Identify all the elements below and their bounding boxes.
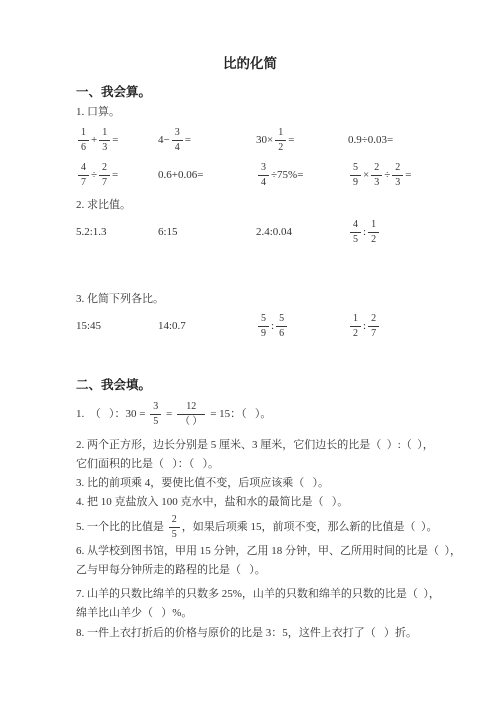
math-text: = 15：（ ）。 [207, 405, 271, 424]
ratio-expression: 12:27 [348, 313, 500, 339]
fraction: 34 [258, 162, 269, 188]
math-expression: 0.9÷0.03= [348, 134, 500, 146]
fraction: 27 [99, 162, 110, 188]
ratio-expression: 6:15 [158, 226, 256, 238]
math-text: ÷ [384, 169, 390, 181]
ratio-expression: 2.4:0.04 [256, 226, 348, 238]
page-title: 比的化简 [0, 0, 500, 72]
math-text: 5.2:1.3 [76, 226, 107, 238]
math-expression: 0.6+0.06= [158, 169, 256, 181]
fraction-denominator: 6 [78, 141, 89, 153]
fill-item-3: 3. 比的前项乘 4，要使比值不变，后项应该乘（ ）。 [0, 474, 490, 493]
math-text: ÷75%= [271, 169, 303, 181]
fraction: 59 [258, 313, 269, 339]
fraction-denominator: 3 [392, 176, 403, 188]
math-text: + [91, 134, 97, 146]
math-text: 5. 一个比的比值是 [76, 518, 167, 537]
math-text: = [112, 134, 118, 146]
fraction-numerator: 1 [78, 127, 89, 141]
oral-calc-row-2: 47÷27= 0.6+0.06= 34÷75%= 59×23÷23= [0, 157, 500, 192]
math-text: = [163, 405, 175, 424]
fraction: 16 [78, 127, 89, 153]
fraction-numerator: 3 [258, 162, 269, 176]
fraction-denominator: 5 [350, 233, 361, 245]
fraction: 12 [368, 219, 379, 245]
fraction-numerator: 2 [392, 162, 403, 176]
fraction: 45 [350, 219, 361, 245]
ratio-expression: 14:0.7 [158, 320, 256, 332]
fraction: 25 [169, 514, 180, 540]
fraction-numerator: 1 [99, 127, 110, 141]
fill-item-6-cont: 乙与甲每分钟所走的路程的比是（ ）。 [0, 561, 490, 580]
fraction: 23 [371, 162, 382, 188]
math-text: 0.6+0.06= [158, 169, 203, 181]
fraction: 35 [150, 401, 161, 427]
math-expression: 59×23÷23= [348, 162, 500, 188]
math-text: = [112, 169, 118, 181]
fraction: 23 [392, 162, 403, 188]
fraction-denominator: 4 [172, 141, 183, 153]
fill-item-8: 8. 一件上衣打折后的价格与原价的比是 3：5，这件上衣打了（ ）折。 [0, 624, 490, 643]
math-text: × [363, 169, 369, 181]
math-expression: 47÷27= [76, 162, 158, 188]
fraction-numerator: 2 [99, 162, 110, 176]
fraction-numerator: 5 [276, 313, 287, 327]
fraction-denominator: 7 [78, 176, 89, 188]
ratio-expression: 15:45 [76, 320, 158, 332]
section1-sub-ratio-value: 2. 求比值。 [0, 198, 500, 212]
fraction: 12 [275, 127, 286, 153]
math-text: 1. （ ）：30 = [76, 405, 148, 424]
math-expression: 30×12= [256, 127, 348, 153]
math-text: 15:45 [76, 320, 101, 332]
fraction: 27 [368, 313, 379, 339]
math-text: 4. 把 10 克盐放入 100 克水中，盐和水的最简比是（ ）。 [76, 496, 348, 508]
fill-item-2-cont: 它们面积的比是（ ）：（ ）。 [0, 455, 490, 474]
math-text: 4− [158, 134, 170, 146]
fraction-numerator: 3 [150, 401, 161, 415]
fraction-denominator: 6 [276, 327, 287, 339]
fraction: 59 [350, 162, 361, 188]
fill-item-7: 7. 山羊的只数比绵羊的只数多 25%，山羊的只数和绵羊的只数的比是（ ）， [0, 585, 490, 604]
math-text: 6. 从学校到图书馆，甲用 15 分钟，乙用 18 分钟，甲、乙所用时间的比是（… [76, 545, 461, 557]
math-expression: 34÷75%= [256, 162, 348, 188]
fraction: 56 [276, 313, 287, 339]
fraction-numerator: 5 [258, 313, 269, 327]
fraction-denominator: 3 [99, 141, 110, 153]
fill-in-section: 1. （ ）：30 = 35 = 12（ ） = 15：（ ）。 2. 两个正方… [0, 398, 500, 643]
math-text: 3. 比的前项乘 4，要使比值不变，后项应该乘（ ）。 [76, 477, 329, 489]
math-text: 14:0.7 [158, 320, 186, 332]
fraction-denominator: 5 [169, 528, 180, 540]
fill-item-6: 6. 从学校到图书馆，甲用 15 分钟，乙用 18 分钟，甲、乙所用时间的比是（… [0, 542, 490, 561]
math-text: 30× [256, 134, 273, 146]
math-expression: 16+13= [76, 127, 158, 153]
fraction: 12（ ） [177, 401, 206, 427]
fraction-denominator: 4 [258, 176, 269, 188]
math-text: 8. 一件上衣打折后的价格与原价的比是 3：5，这件上衣打了（ ）折。 [76, 627, 417, 639]
fraction-denominator: 2 [350, 327, 361, 339]
fraction-numerator: 4 [350, 219, 361, 233]
simplify-ratio-row: 15:45 14:0.7 59:56 12:27 [0, 306, 500, 346]
math-text: : [271, 320, 274, 332]
fraction-numerator: 4 [78, 162, 89, 176]
math-text: = [185, 134, 191, 146]
fraction-denominator: 7 [368, 327, 379, 339]
math-text: 6:15 [158, 226, 178, 238]
math-text: 0.9÷0.03= [348, 134, 393, 146]
fraction-denominator: 2 [368, 233, 379, 245]
fraction: 12 [350, 313, 361, 339]
fraction-denominator: 2 [275, 141, 286, 153]
ratio-value-row: 5.2:1.3 6:15 2.4:0.04 45:12 [0, 212, 500, 252]
fraction-numerator: 2 [371, 162, 382, 176]
fill-item-4: 4. 把 10 克盐放入 100 克水中，盐和水的最简比是（ ）。 [0, 493, 490, 512]
fill-item-5: 5. 一个比的比值是 25，如果后项乘 15，前项不变，那么新的比值是（ ）。 [0, 512, 490, 542]
math-text: = [405, 169, 411, 181]
ratio-expression: 59:56 [256, 313, 348, 339]
math-text: 2.4:0.04 [256, 226, 292, 238]
fraction-numerator: 3 [172, 127, 183, 141]
oral-calc-row-1: 16+13= 4−34= 30×12= 0.9÷0.03= [0, 122, 500, 157]
fraction: 13 [99, 127, 110, 153]
math-text: 绵羊比山羊少（ ）%。 [76, 607, 192, 619]
fraction-denominator: 9 [258, 327, 269, 339]
math-text: ÷ [91, 169, 97, 181]
fraction: 34 [172, 127, 183, 153]
fill-item-2: 2. 两个正方形，边长分别是 5 厘米、3 厘米，它们边长的比是（ ）:（ ）， [0, 436, 490, 455]
math-text: 7. 山羊的只数比绵羊的只数多 25%，山羊的只数和绵羊的只数的比是（ ）， [76, 588, 440, 600]
fraction-numerator: 12 [177, 401, 206, 415]
section2-heading: 二、我会填。 [0, 378, 500, 392]
fraction-numerator: 1 [368, 219, 379, 233]
math-text: ，如果后项乘 15，前项不变，那么新的比值是（ ）。 [182, 518, 438, 537]
fraction-denominator: 7 [99, 176, 110, 188]
math-expression: 4−34= [158, 127, 256, 153]
ratio-expression: 45:12 [348, 219, 500, 245]
fraction-numerator: 5 [350, 162, 361, 176]
math-text: = [288, 134, 294, 146]
math-text: 乙与甲每分钟所走的路程的比是（ ）。 [76, 564, 266, 576]
fraction-denominator: 5 [150, 415, 161, 427]
math-text: : [363, 320, 366, 332]
fraction-denominator: 3 [371, 176, 382, 188]
fraction: 47 [78, 162, 89, 188]
section1-sub-simplify: 3. 化简下列各比。 [0, 292, 500, 306]
math-text: 它们面积的比是（ ）：（ ）。 [76, 458, 219, 470]
math-text: : [363, 226, 366, 238]
fraction-numerator: 1 [275, 127, 286, 141]
math-text: 2. 两个正方形，边长分别是 5 厘米、3 厘米，它们边长的比是（ ）:（ ）， [76, 439, 434, 451]
fraction-denominator: 9 [350, 176, 361, 188]
section1-sub-oral: 1. 口算。 [0, 105, 500, 119]
fill-item-7-cont: 绵羊比山羊少（ ）%。 [0, 604, 490, 623]
section1-heading: 一、我会算。 [0, 85, 500, 99]
fraction-numerator: 2 [169, 514, 180, 528]
fraction-numerator: 1 [350, 313, 361, 327]
fraction-denominator: （ ） [177, 415, 206, 427]
worksheet-page: 比的化简 一、我会算。 1. 口算。 16+13= 4−34= 30×12= 0… [0, 0, 500, 707]
ratio-expression: 5.2:1.3 [76, 226, 158, 238]
fraction-numerator: 2 [368, 313, 379, 327]
fill-item-1: 1. （ ）：30 = 35 = 12（ ） = 15：（ ）。 [0, 398, 490, 430]
